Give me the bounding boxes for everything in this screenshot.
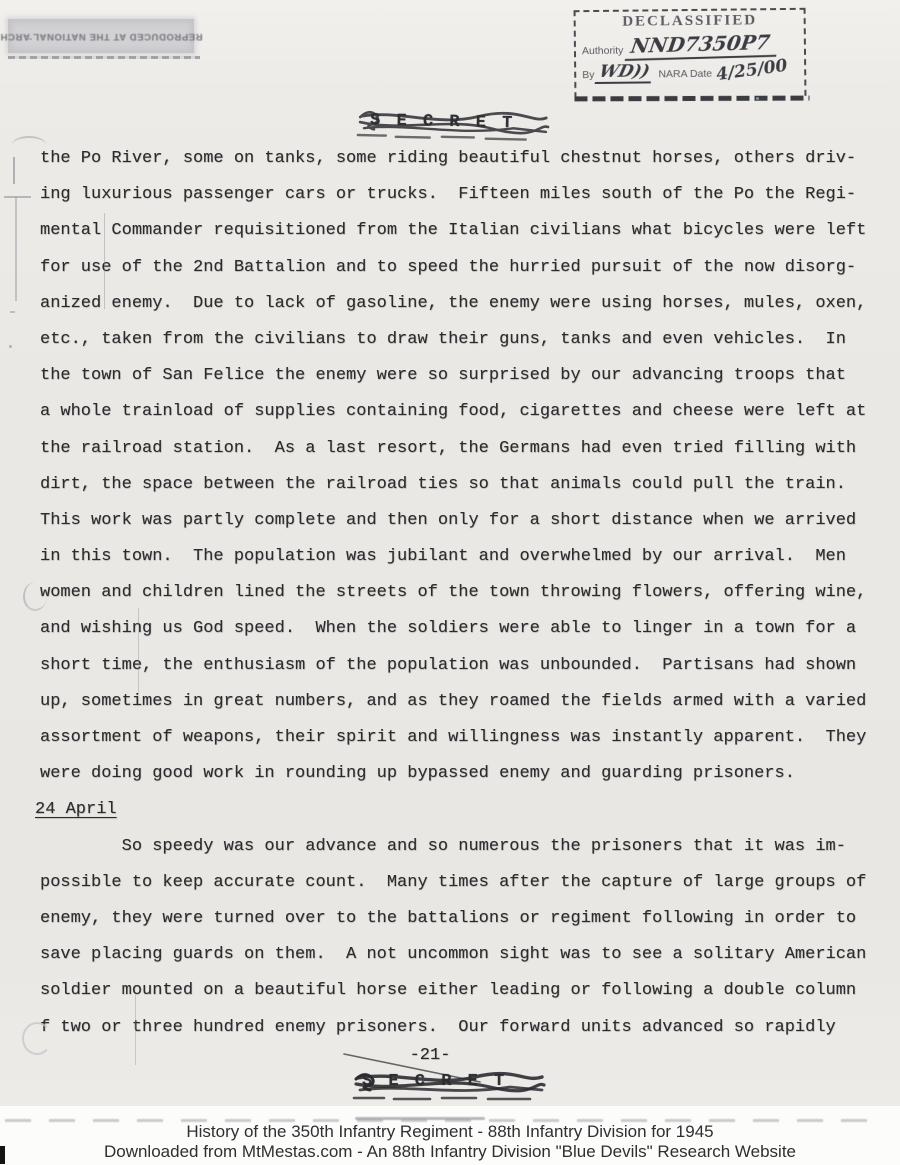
date-handwritten-value: 4/25/00: [715, 56, 789, 87]
section-heading-text: 24 April: [35, 800, 117, 819]
stamp-bottom-scribble: [574, 96, 809, 102]
text-line: dirt, the space between the railroad tie…: [40, 467, 886, 503]
text-line: assortment of weapons, their spirit and …: [40, 720, 886, 756]
secret-bottom-scribble: [330, 1042, 580, 1106]
margin-dot-artifact: [9, 345, 12, 348]
by-handwritten-initials: WD)): [595, 61, 656, 84]
text-line: This work was partly complete and then o…: [40, 503, 886, 539]
text-line: So speedy was our advance and so numerou…: [40, 829, 886, 865]
footer-title-line: History of the 350th Infantry Regiment -…: [0, 1122, 900, 1142]
paragraph-2: So speedy was our advance and so numerou…: [40, 829, 886, 1046]
text-line: the town of San Felice the enemy were so…: [40, 358, 886, 394]
declassified-stamp: DECLASSIFIED Authority NND7350P7 By WD))…: [574, 8, 807, 98]
text-line: ing luxurious passenger cars or trucks. …: [40, 177, 886, 213]
text-line: soldier mounted on a beautiful horse eit…: [40, 973, 886, 1009]
section-heading-24-april: 24 April: [35, 792, 886, 828]
paragraph-1: the Po River, some on tanks, some riding…: [40, 141, 886, 792]
stamp-by-row: By WD)) NARA Date 4/25/00: [582, 60, 798, 84]
margin-dash-artifact: [10, 311, 15, 313]
stamp-title: DECLASSIFIED: [582, 12, 798, 31]
text-line: were doing good work in rounding up bypa…: [40, 756, 886, 792]
margin-tick-artifact: [13, 157, 15, 184]
text-line: save placing guards on them. A not uncom…: [40, 937, 886, 973]
text-line: and wishing us God speed. When the soldi…: [40, 611, 886, 647]
authority-handwritten-value: NND7350P7: [625, 30, 780, 61]
text-line: f two or three hundred enemy prisoners. …: [40, 1010, 886, 1046]
stamp-authority-row: Authority NND7350P7: [582, 31, 798, 60]
archives-watermark-text: REPRODUCED AT THE NATIONAL ARCH: [0, 31, 202, 42]
nara-date-label: NARA Date: [658, 68, 712, 84]
text-line: short time, the enthusiasm of the popula…: [40, 648, 886, 684]
text-line: the railroad station. As a last resort, …: [40, 431, 886, 467]
authority-label: Authority: [582, 45, 624, 60]
scanned-document-page: REPRODUCED AT THE NATIONAL ARCH DECLASSI…: [0, 0, 900, 1165]
text-line: for use of the 2nd Battalion and to spee…: [40, 250, 886, 286]
by-label: By: [582, 69, 594, 84]
text-line: in this town. The population was jubilan…: [40, 539, 886, 575]
text-line: possible to keep accurate count. Many ti…: [40, 865, 886, 901]
text-line: mental Commander requisitioned from the …: [40, 213, 886, 249]
text-line: up, sometimes in great numbers, and as t…: [40, 684, 886, 720]
text-line: a whole trainload of supplies containing…: [40, 394, 886, 430]
website-footer: History of the 350th Infantry Regiment -…: [0, 1106, 900, 1165]
document-body: the Po River, some on tanks, some riding…: [40, 141, 886, 1046]
watermark-underline: [8, 56, 200, 59]
archives-watermark-band: REPRODUCED AT THE NATIONAL ARCH: [8, 19, 194, 53]
pencil-mark-artifact: [4, 196, 31, 198]
text-line: the Po River, some on tanks, some riding…: [40, 141, 886, 177]
text-line: etc., taken from the civilians to draw t…: [40, 322, 886, 358]
text-line: enemy, they were turned over to the batt…: [40, 901, 886, 937]
classification-secret-bottom: S E C R E T: [330, 1042, 580, 1106]
pencil-line-artifact: [15, 197, 17, 301]
text-line: women and children lined the streets of …: [40, 575, 886, 611]
footer-source-line: Downloaded from MtMestas.com - An 88th I…: [0, 1142, 900, 1162]
text-line: anized enemy. Due to lack of gasoline, t…: [40, 286, 886, 322]
